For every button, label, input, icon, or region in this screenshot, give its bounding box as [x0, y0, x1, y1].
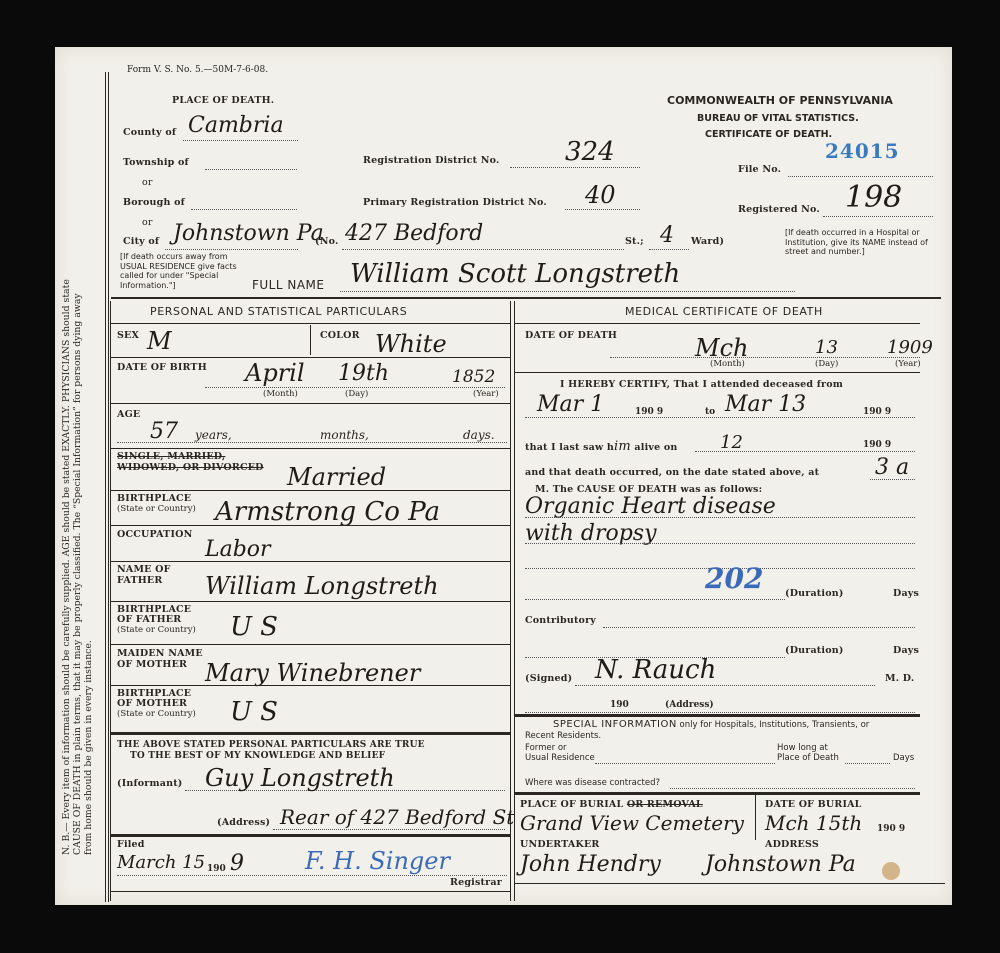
- burial-place-value: Grand View Cemetery: [520, 811, 744, 835]
- father-label-1: NAME OF: [117, 564, 171, 575]
- how-long-label-2: Place of Death: [777, 753, 839, 763]
- year-caption: (Year): [895, 359, 921, 369]
- color-label: COLOR: [320, 330, 360, 341]
- hospital-note: [If death occurred in a Hospital or Inst…: [785, 228, 935, 257]
- marital-label-1: SINGLE, MARRIED,: [117, 451, 225, 462]
- stamp-number: 24015: [825, 139, 900, 163]
- physician-signature: N. Rauch: [595, 655, 716, 685]
- header-commonwealth: COMMONWEALTH OF PENNSYLVANIA: [667, 94, 893, 107]
- last-saw-pronoun: im: [614, 439, 631, 454]
- birthplace-label: BIRTHPLACE: [117, 493, 191, 504]
- contracted-field: [670, 788, 915, 789]
- paper-stain: [882, 862, 900, 880]
- section-divider: [111, 297, 941, 299]
- borough-label: Borough of: [123, 197, 185, 208]
- sig-year-label: 190: [610, 700, 629, 710]
- marital-value: Married: [287, 463, 386, 491]
- informant-value: Guy Longstreth: [205, 764, 395, 792]
- registered-no-value: 198: [845, 180, 902, 215]
- file-no-label: File No.: [738, 164, 781, 175]
- primary-registration-value: 40: [585, 181, 616, 209]
- registrar-signature: F. H. Singer: [305, 847, 450, 875]
- contracted-label: Where was disease contracted?: [525, 778, 660, 788]
- day-caption: (Day): [815, 359, 838, 369]
- father-bp-value: U S: [230, 612, 278, 642]
- mother-bp-sub: (State or Country): [117, 709, 196, 719]
- birthplace-sub: (State or Country): [117, 504, 196, 514]
- special-days-label: Days: [893, 753, 914, 763]
- month-caption: (Month): [263, 389, 298, 399]
- undertaker-value: John Hendry: [520, 852, 661, 877]
- registration-district-value: 324: [565, 137, 615, 167]
- removal-text: OR REMOVAL: [627, 799, 703, 810]
- margin-rule: [108, 72, 109, 902]
- street-no-label: (No.: [315, 236, 338, 247]
- special-info-title-rest: only for Hospitals, Institutions, Transi…: [680, 720, 870, 730]
- attended-from: Mar 1: [537, 392, 604, 417]
- dod-month: Mch: [695, 334, 748, 362]
- or-label: or: [142, 177, 153, 188]
- death-certificate-page: N. B.— Every item of information should …: [55, 47, 952, 905]
- how-long-label-1: How long at: [777, 743, 828, 753]
- year-caption: (Year): [473, 389, 499, 399]
- occurred-label: and that death occurred, on the date sta…: [525, 467, 819, 478]
- residence-note: [If death occurs away from USUAL RESIDEN…: [120, 252, 250, 290]
- borough-field: [191, 209, 297, 210]
- header-certificate: CERTIFICATE OF DEATH.: [705, 129, 832, 140]
- dod-year: 1909: [887, 337, 933, 358]
- certify-text: I HEREBY CERTIFY, That I attended deceas…: [560, 379, 843, 390]
- city-value: Johnstown Pa: [173, 221, 324, 246]
- last-saw-year: 190 9: [863, 440, 891, 450]
- month-caption: (Month): [710, 359, 745, 369]
- days-label: Days: [893, 588, 919, 599]
- mother-label-1: MAIDEN NAME: [117, 648, 203, 659]
- contributory-label: Contributory: [525, 615, 596, 626]
- occupation-value: Labor: [205, 537, 271, 562]
- attest-line-1: THE ABOVE STATED PERSONAL PARTICULARS AR…: [117, 740, 425, 750]
- last-saw-text: that I last saw h: [525, 442, 614, 453]
- township-label: Township of: [123, 157, 189, 168]
- day-caption: (Day): [345, 389, 368, 399]
- former-label-1: Former or: [525, 743, 567, 753]
- attest-line-2: TO THE BEST OF MY KNOWLEDGE AND BELIEF: [130, 751, 385, 761]
- former-label-2: Usual Residence: [525, 753, 595, 763]
- birthplace-value: Armstrong Co Pa: [215, 497, 440, 527]
- color-value: White: [375, 330, 447, 358]
- father-label-2: FATHER: [117, 575, 162, 586]
- dob-label: DATE OF BIRTH: [117, 362, 207, 373]
- or-label: or: [142, 217, 153, 228]
- father-bp-label-2: OF FATHER: [117, 614, 181, 625]
- special-info: SPECIAL INFORMATION only for Hospitals, …: [525, 719, 869, 730]
- cause-code: 202: [705, 562, 763, 595]
- side-note-line-3: from home should be given in every insta…: [83, 279, 94, 855]
- burial-date-label: DATE OF BURIAL: [765, 799, 862, 810]
- sig-address-label: (Address): [665, 700, 714, 710]
- years-caption: years,: [195, 428, 232, 442]
- attended-to-year: 190 9: [863, 407, 891, 417]
- alive-on-text: alive on: [634, 442, 677, 453]
- former-residence-field: [595, 763, 775, 764]
- side-note-line-2: CAUSE OF DEATH in plain terms, that it m…: [72, 279, 83, 855]
- mother-bp-value: U S: [230, 697, 278, 727]
- to-label: to: [705, 407, 715, 417]
- duration-label-2: (Duration): [785, 645, 844, 656]
- mother-bp-label-2: OF MOTHER: [117, 698, 187, 709]
- last-saw-label: that I last saw him alive on: [525, 439, 678, 454]
- full-name-label: FULL NAME: [252, 278, 325, 292]
- primary-registration-label: Primary Registration District No.: [363, 197, 547, 208]
- burial-date-year: 190 9: [877, 824, 905, 834]
- recent-residents: Recent Residents.: [525, 731, 601, 741]
- registration-district-label: Registration District No.: [363, 155, 499, 166]
- city-label: City of: [123, 236, 159, 247]
- dod-label: DATE OF DEATH: [525, 330, 617, 341]
- undertaker-label: UNDERTAKER: [520, 839, 600, 850]
- days-label-2: Days: [893, 645, 919, 656]
- dob-month: April: [245, 359, 305, 387]
- ward-value: 4: [660, 223, 674, 248]
- age-years-value: 57: [150, 419, 178, 444]
- days-caption: days.: [463, 428, 495, 442]
- header-bureau: BUREAU OF VITAL STATISTICS.: [697, 113, 859, 124]
- sex-label: SEX: [117, 330, 139, 341]
- filed-date: March 15: [117, 852, 205, 873]
- street-value: 427 Bedford: [345, 221, 483, 246]
- county-label: County of: [123, 127, 176, 138]
- registrar-label: Registrar: [450, 877, 502, 888]
- attended-from-year: 190 9: [635, 407, 663, 417]
- side-note: N. B.— Every item of information should …: [61, 279, 94, 855]
- burial-date-value: Mch 15th: [765, 811, 862, 835]
- side-note-line-1: N. B.— Every item of information should …: [61, 279, 72, 855]
- informant-address-value: Rear of 427 Bedford St: [280, 805, 514, 829]
- father-value: William Longstreth: [205, 572, 439, 600]
- burial-place-label: PLACE OF BURIAL OR REMOVAL: [520, 799, 703, 810]
- attended-to: Mar 13: [725, 392, 806, 417]
- full-name-value: William Scott Longstreth: [350, 259, 680, 289]
- duration-label: (Duration): [785, 588, 844, 599]
- personal-section-title: PERSONAL AND STATISTICAL PARTICULARS: [150, 305, 407, 318]
- filed-year-prefix: 190: [207, 864, 226, 874]
- filed-year-suffix: 9: [230, 851, 244, 876]
- cause-line-1: Organic Heart disease: [525, 494, 776, 519]
- undertaker-address-value: Johnstown Pa: [705, 852, 856, 877]
- dob-day: 19th: [338, 361, 389, 386]
- age-label: AGE: [117, 409, 140, 420]
- township-field: [205, 169, 297, 170]
- father-bp-sub: (State or Country): [117, 625, 196, 635]
- sex-value: M: [147, 327, 172, 355]
- filed-label: Filed: [117, 839, 145, 850]
- burial-address-label: ADDRESS: [765, 839, 819, 850]
- burial-place-text: PLACE OF BURIAL: [520, 799, 623, 810]
- last-saw-date: 12: [720, 432, 743, 453]
- county-value: Cambria: [188, 113, 284, 138]
- medical-section-title: MEDICAL CERTIFICATE OF DEATH: [625, 305, 823, 318]
- margin-rule: [105, 72, 106, 902]
- special-info-title: SPECIAL INFORMATION: [553, 719, 677, 730]
- address-label: (Address): [217, 817, 270, 828]
- form-number: Form V. S. No. 5.—50M-7-6-08.: [127, 65, 268, 75]
- mother-value: Mary Winebrener: [205, 659, 420, 687]
- place-of-death-title: PLACE OF DEATH.: [172, 95, 274, 106]
- registered-no-label: Registered No.: [738, 204, 820, 215]
- time-value: 3 a: [875, 455, 909, 480]
- st-label: St.;: [625, 236, 644, 247]
- marital-options: SINGLE, MARRIED,: [117, 451, 225, 462]
- dod-day: 13: [815, 337, 838, 358]
- months-caption: months,: [320, 428, 369, 442]
- informant-label: (Informant): [117, 778, 182, 789]
- marital-label-2: WIDOWED, OR DIVORCED: [117, 462, 264, 473]
- signed-label: (Signed): [525, 673, 572, 684]
- occupation-label: OCCUPATION: [117, 529, 192, 540]
- dob-year: 1852: [452, 367, 495, 387]
- ward-label: Ward): [691, 236, 724, 247]
- how-long-field: [845, 763, 890, 764]
- mother-label-2: OF MOTHER: [117, 659, 187, 670]
- md-label: M. D.: [885, 673, 914, 684]
